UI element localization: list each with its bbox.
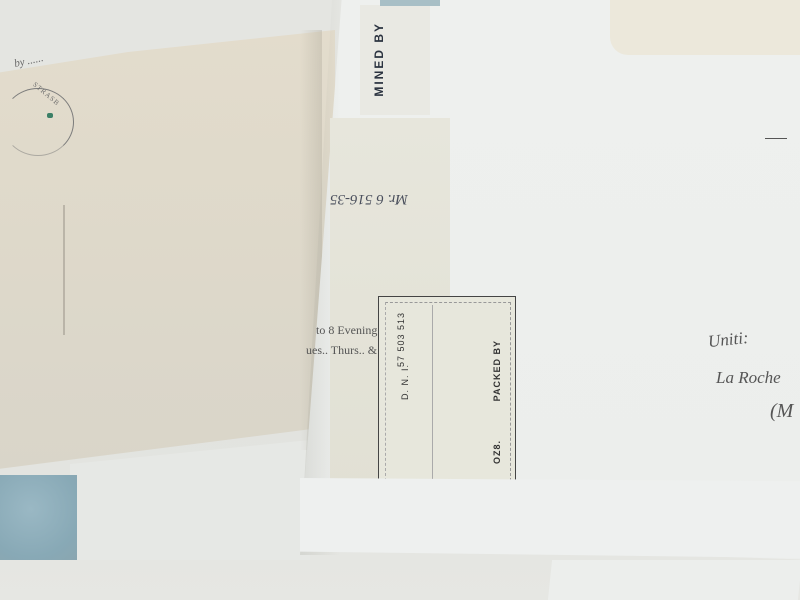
top-right-card xyxy=(610,0,800,55)
postmark-ink-mark xyxy=(47,113,53,118)
postage-stamp xyxy=(0,475,77,560)
postmark-icon xyxy=(2,88,74,156)
packed-by-label: PACKED BY xyxy=(492,340,502,401)
label-strip-text: MINED BY xyxy=(372,22,386,97)
paper-corner xyxy=(548,560,800,600)
handwriting-line-3: (M xyxy=(770,400,793,423)
sheet-bottom-band xyxy=(300,478,800,558)
packing-label-divider xyxy=(432,305,433,480)
handwriting-line-1: Uniti: xyxy=(707,328,749,352)
hours-text-line-1: to 8 Evening xyxy=(316,323,377,338)
code-label: OZ8. xyxy=(492,440,502,464)
inventory-number: Mr. 6 516-35 xyxy=(330,190,408,207)
pen-dash xyxy=(765,138,787,139)
blue-tape xyxy=(380,0,440,6)
label-strip xyxy=(360,5,430,115)
handwriting-line-2: La Roche xyxy=(716,368,781,388)
serial-number: 57 503 513 xyxy=(396,312,406,367)
envelope-fold-line xyxy=(63,205,65,335)
